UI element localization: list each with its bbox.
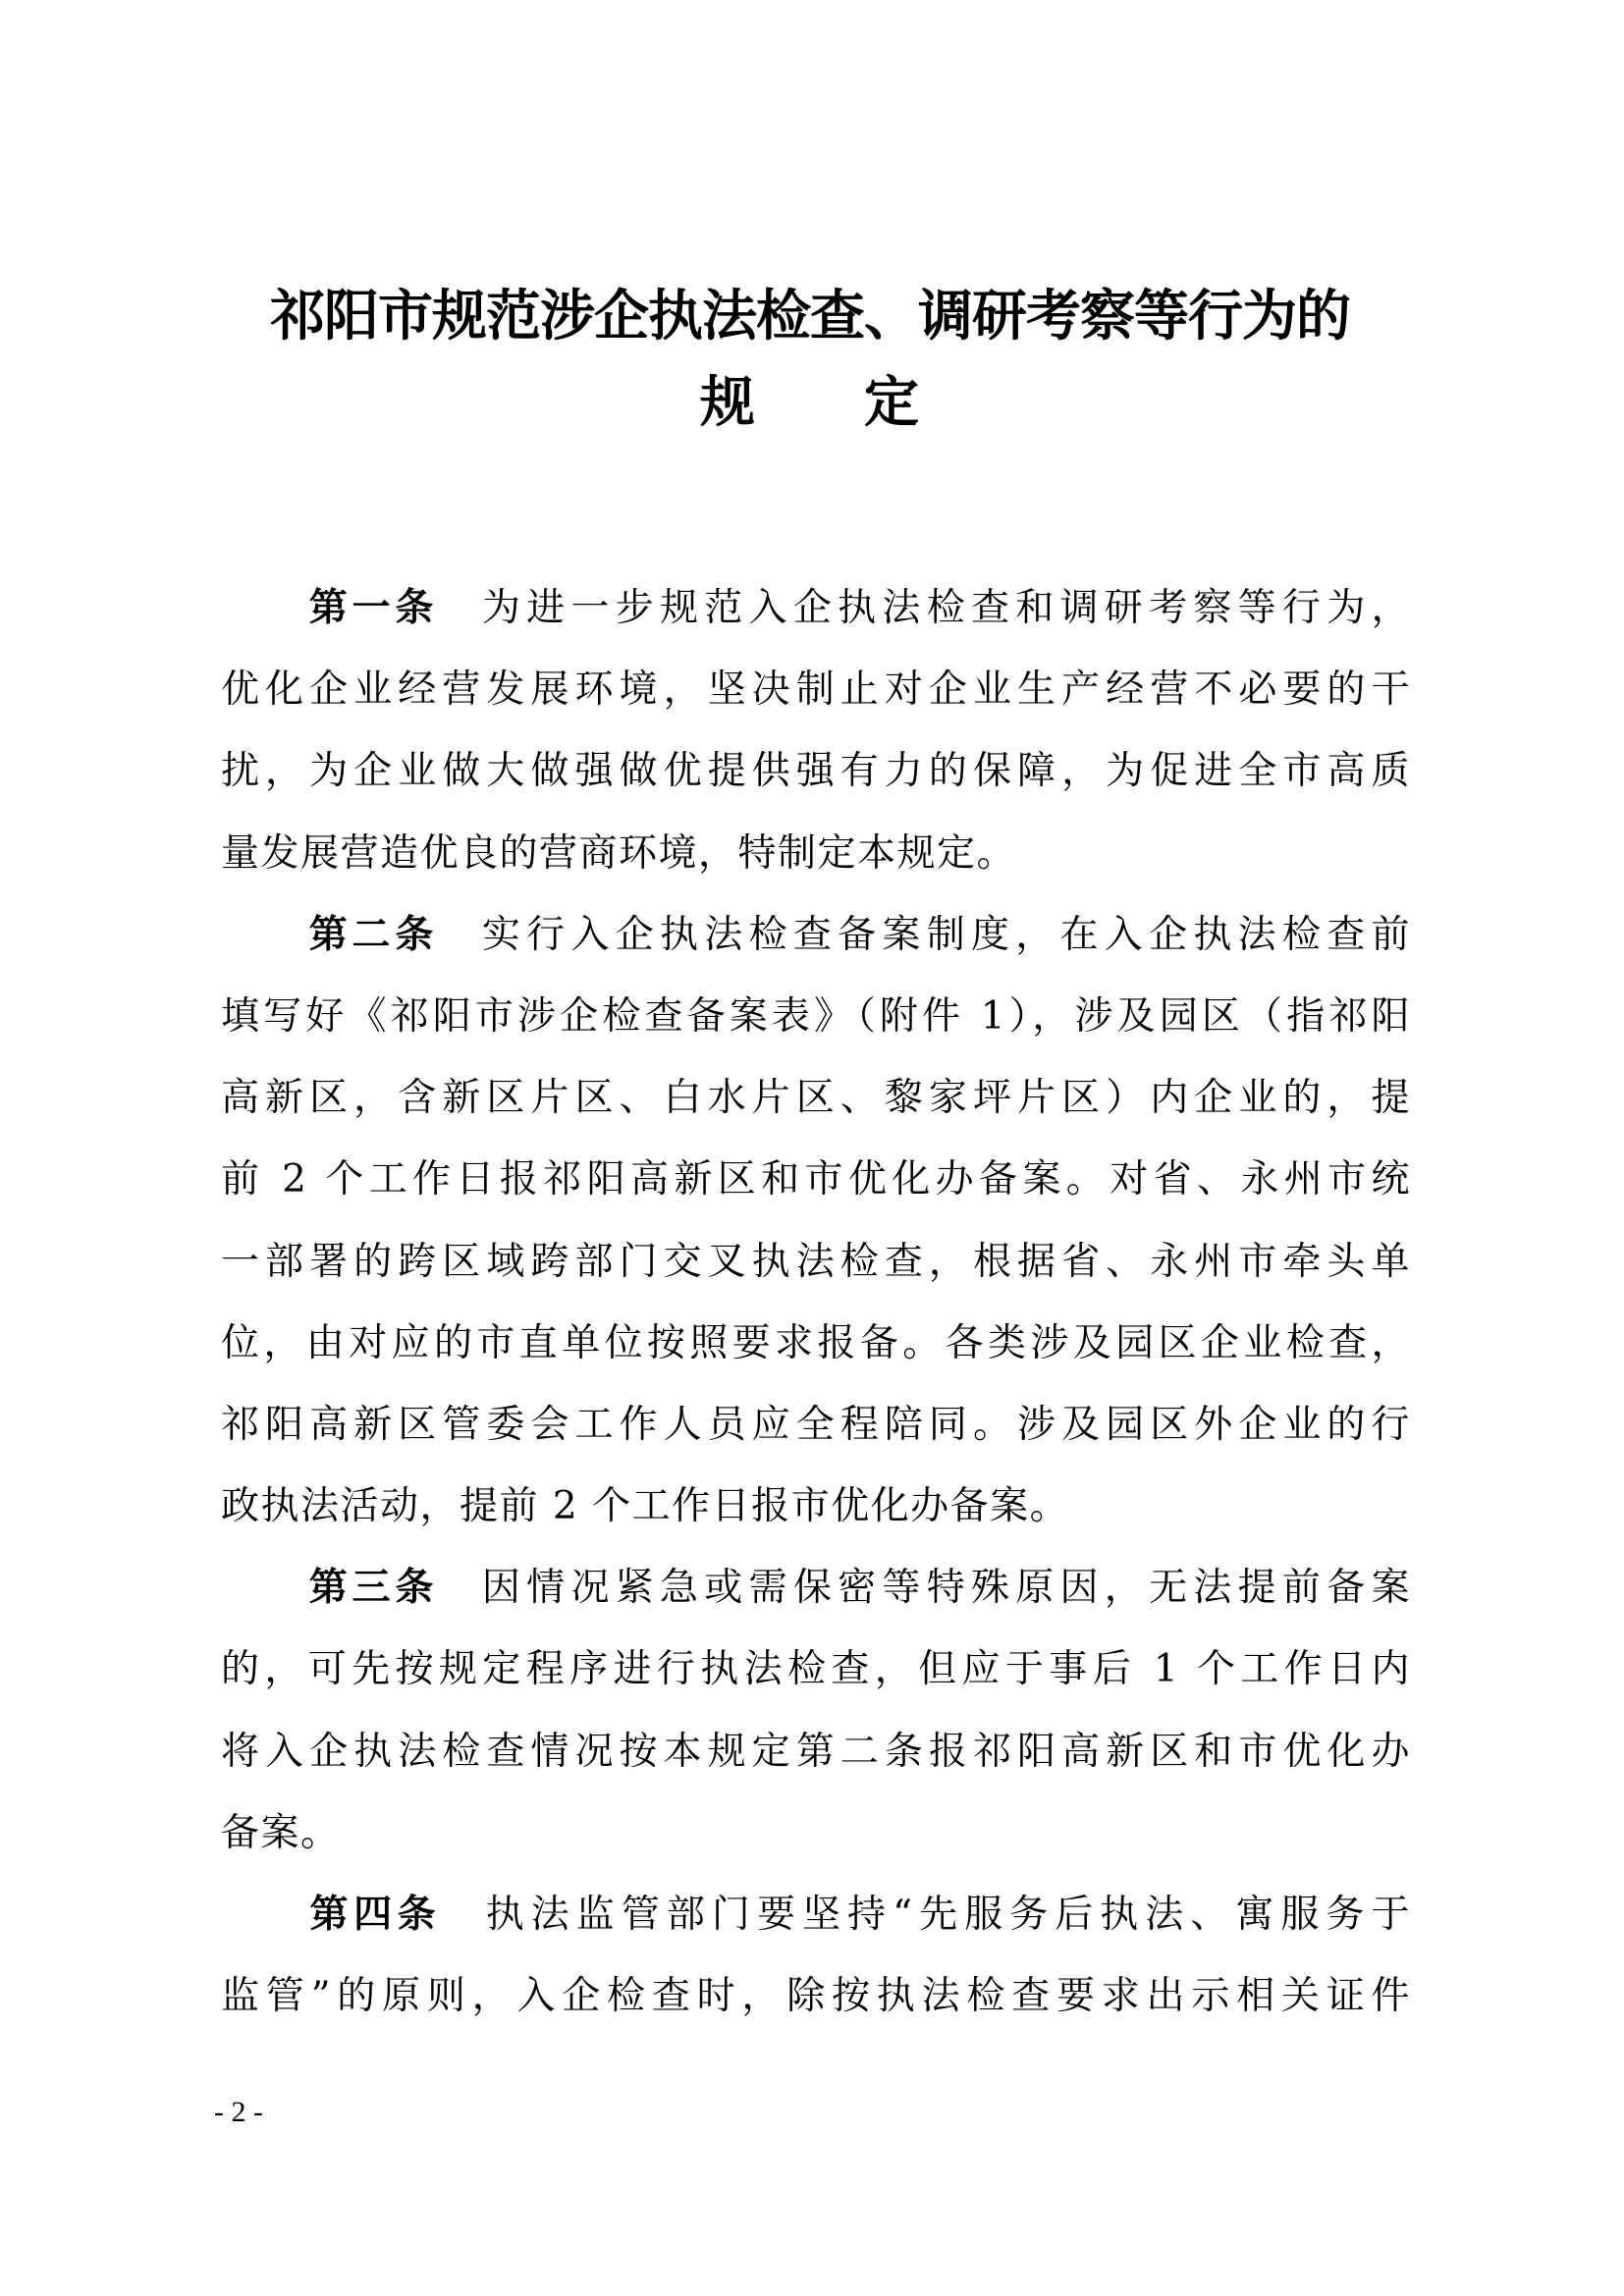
article-number: 第一条 (304, 586, 438, 630)
article-line: 第四条执法监管部门要坚持“先服务后执法、寓服务于 (221, 1874, 1411, 1955)
document-title-line-2: 规定 (196, 358, 1424, 447)
article-line: 前 2 个工作日报祁阳高新区和市优化办备案。对省、永州市统 (221, 1139, 1411, 1220)
article-line: 扰，为企业做大做强做优提供强有力的保障，为促进全市高质 (221, 730, 1411, 812)
title-char-gui: 规 (700, 358, 756, 447)
article-line: 第二条实行入企执法检查备案制度，在入企执法检查前 (221, 894, 1411, 976)
document-body: 第一条为进一步规范入企执法检查和调研考察等行为， 优化企业经营发展环境，坚决制止… (221, 567, 1411, 2037)
article-line: 将入企执法检查情况按本规定第二条报祁阳高新区和市优化办 (221, 1711, 1411, 1792)
article-line: 优化企业经营发展环境，坚决制止对企业生产经营不必要的干 (221, 649, 1411, 730)
article-line: 一部署的跨区域跨部门交叉执法检查，根据省、永州市牵头单 (221, 1221, 1411, 1303)
article-line: 第一条为进一步规范入企执法检查和调研考察等行为， (221, 567, 1411, 649)
title-char-ding: 定 (864, 358, 920, 447)
page-number: - 2 - (214, 2096, 263, 2129)
article-number: 第四条 (304, 1893, 441, 1937)
article-line: 备案。 (221, 1792, 1411, 1874)
article-4: 第四条执法监管部门要坚持“先服务后执法、寓服务于 监管”的原则，入企检查时，除按… (221, 1874, 1411, 2037)
article-3: 第三条因情况紧急或需保密等特殊原因，无法提前备案 的，可先按规定程序进行执法检查… (221, 1547, 1411, 1874)
article-line: 位，由对应的市直单位按照要求报备。各类涉及园区企业检查， (221, 1303, 1411, 1384)
article-line: 祁阳高新区管委会工作人员应全程陪同。涉及园区外企业的行 (221, 1384, 1411, 1466)
article-line: 的，可先按规定程序进行执法检查，但应于事后 1 个工作日内 (221, 1629, 1411, 1710)
article-line: 填写好《祁阳市涉企检查备案表》（附件 1），涉及园区（指祁阳 (221, 976, 1411, 1057)
document-title-line-1: 祁阳市规范涉企执法检查、调研考察等行为的 (196, 272, 1424, 360)
article-line: 监管”的原则，入企检查时，除按执法检查要求出示相关证件 (221, 1955, 1411, 2037)
article-1: 第一条为进一步规范入企执法检查和调研考察等行为， 优化企业经营发展环境，坚决制止… (221, 567, 1411, 894)
article-number: 第二条 (304, 913, 438, 957)
document-page: 祁阳市规范涉企执法检查、调研考察等行为的 规定 第一条为进一步规范入企执法检查和… (0, 0, 1624, 2296)
article-number: 第三条 (304, 1566, 438, 1610)
article-2: 第二条实行入企执法检查备案制度，在入企执法检查前 填写好《祁阳市涉企检查备案表》… (221, 894, 1411, 1548)
article-line: 第三条因情况紧急或需保密等特殊原因，无法提前备案 (221, 1547, 1411, 1629)
article-line: 量发展营造优良的营商环境，特制定本规定。 (221, 813, 1411, 894)
article-line: 高新区，含新区片区、白水片区、黎家坪片区）内企业的，提 (221, 1057, 1411, 1139)
article-line: 政执法活动，提前 2 个工作日报市优化办备案。 (221, 1466, 1411, 1547)
